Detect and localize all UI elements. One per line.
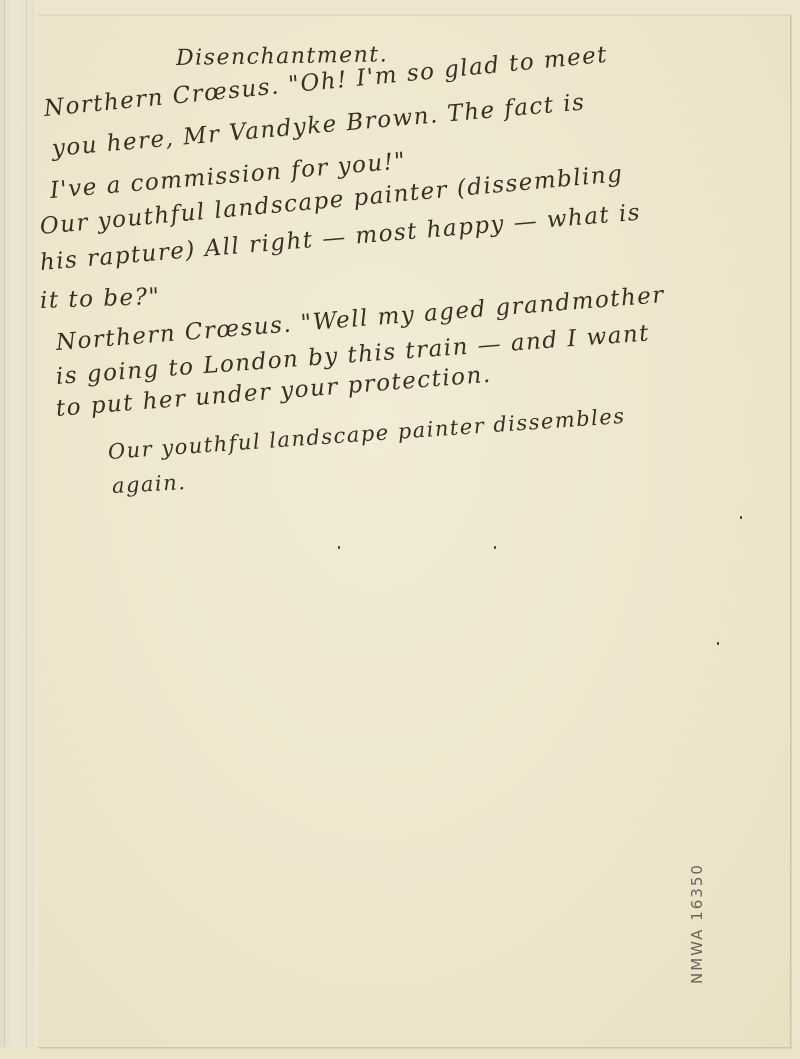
ink-speck	[717, 642, 719, 645]
mount-edge-line	[4, 0, 5, 1059]
ink-speck	[338, 546, 340, 549]
manuscript-line: it to be?"	[40, 284, 161, 314]
ink-speck	[740, 516, 742, 519]
manuscript-scan: Disenchantment. Northern Crœsus. "Oh! I'…	[0, 0, 800, 1059]
mount-edge-line	[26, 0, 27, 1059]
manuscript-line: again.	[111, 470, 187, 498]
ink-speck	[494, 546, 496, 549]
inventory-number: NMWA 16350	[688, 863, 706, 984]
mount-strip	[0, 0, 34, 1059]
bottom-margin	[0, 1047, 800, 1059]
